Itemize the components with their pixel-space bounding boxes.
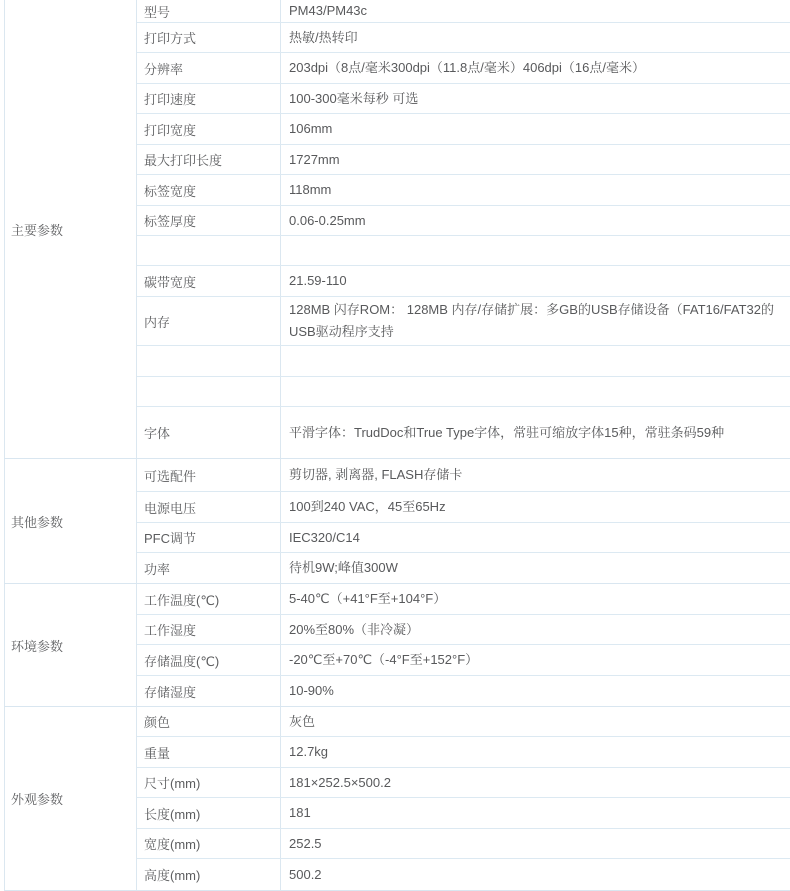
table-row: 存储湿度10-90%	[137, 676, 790, 706]
param-label-cell: 打印宽度	[137, 114, 280, 144]
param-value-cell: PM43/PM43c	[280, 0, 790, 22]
section-rows: 颜色灰色重量12.7kg尺寸(mm)181×252.5×500.2长度(mm)1…	[137, 707, 790, 890]
param-value-cell: 5-40℃（+41°F至+104°F）	[280, 584, 790, 614]
section-rows: 工作温度(℃)5-40℃（+41°F至+104°F）工作湿度20%至80%（非冷…	[137, 584, 790, 706]
spec-table: 主要参数型号PM43/PM43c打印方式热敏/热转印分辨率203dpi（8点/毫…	[4, 0, 790, 891]
category-cell: 外观参数	[4, 707, 137, 890]
table-row: 打印速度100-300毫米每秒 可选	[137, 84, 790, 114]
param-value-cell: -20℃至+70℃（-4°F至+152°F）	[280, 645, 790, 675]
table-row: 工作温度(℃)5-40℃（+41°F至+104°F）	[137, 584, 790, 615]
table-row: 标签厚度0.06-0.25mm	[137, 206, 790, 236]
param-value-cell: 待机9W;峰值300W	[280, 553, 790, 583]
param-label-cell: 型号	[137, 0, 280, 22]
param-label-cell: PFC调节	[137, 523, 280, 552]
param-label-cell: 重量	[137, 737, 280, 767]
param-value-cell	[280, 236, 790, 265]
param-value-cell	[280, 346, 790, 376]
param-value-cell: 12.7kg	[280, 737, 790, 767]
param-value-cell: 灰色	[280, 707, 790, 736]
category-cell: 其他参数	[4, 459, 137, 583]
param-label-cell: 标签宽度	[137, 175, 280, 205]
param-label-cell	[137, 236, 280, 265]
param-value-cell: 181	[280, 798, 790, 828]
param-label-cell: 宽度(mm)	[137, 829, 280, 858]
param-value-cell: 热敏/热转印	[280, 23, 790, 52]
category-cell: 主要参数	[4, 0, 137, 458]
param-value-cell: 100-300毫米每秒 可选	[280, 84, 790, 113]
table-row: 标签宽度118mm	[137, 175, 790, 206]
table-row: 可选配件剪切器, 剥离器, FLASH存储卡	[137, 459, 790, 492]
table-row: 内存128MB 闪存ROM： 128MB 内存/存储扩展：多GB的USB存储设备…	[137, 297, 790, 346]
param-value-cell: 203dpi（8点/毫米300dpi（11.8点/毫米）406dpi（16点/毫…	[280, 53, 790, 83]
param-value-cell: 1727mm	[280, 145, 790, 174]
table-row: 打印方式热敏/热转印	[137, 23, 790, 53]
table-row: 工作湿度20%至80%（非冷凝）	[137, 615, 790, 645]
table-row: 碳带宽度21.59-110	[137, 266, 790, 297]
param-label-cell: 尺寸(mm)	[137, 768, 280, 797]
table-row: 打印宽度106mm	[137, 114, 790, 145]
table-row: 长度(mm)181	[137, 798, 790, 829]
param-label-cell	[137, 346, 280, 376]
table-row: 高度(mm)500.2	[137, 859, 790, 890]
spec-section: 环境参数工作温度(℃)5-40℃（+41°F至+104°F）工作湿度20%至80…	[4, 584, 790, 707]
param-label-cell: 最大打印长度	[137, 145, 280, 174]
param-label-cell: 分辨率	[137, 53, 280, 83]
table-row-empty	[137, 236, 790, 266]
param-value-cell: 剪切器, 剥离器, FLASH存储卡	[280, 459, 790, 491]
table-row: 电源电压100到240 VAC，45至65Hz	[137, 492, 790, 523]
category-cell: 环境参数	[4, 584, 137, 706]
table-row: 宽度(mm)252.5	[137, 829, 790, 859]
param-value-cell: 平滑字体：TrudDoc和True Type字体，常驻可缩放字体15种，常驻条码…	[280, 407, 790, 458]
param-value-cell: 100到240 VAC，45至65Hz	[280, 492, 790, 522]
param-label-cell: 打印速度	[137, 84, 280, 113]
param-value-cell: 10-90%	[280, 676, 790, 706]
param-label-cell: 字体	[137, 407, 280, 458]
param-value-cell	[280, 377, 790, 406]
table-row: 分辨率203dpi（8点/毫米300dpi（11.8点/毫米）406dpi（16…	[137, 53, 790, 84]
table-row-empty	[137, 377, 790, 407]
spec-section: 外观参数颜色灰色重量12.7kg尺寸(mm)181×252.5×500.2长度(…	[4, 707, 790, 891]
table-row: 功率待机9W;峰值300W	[137, 553, 790, 583]
param-label-cell: 可选配件	[137, 459, 280, 491]
param-label-cell: 存储湿度	[137, 676, 280, 706]
param-label-cell: 打印方式	[137, 23, 280, 52]
param-value-cell: 128MB 闪存ROM： 128MB 内存/存储扩展：多GB的USB存储设备（F…	[280, 297, 790, 345]
param-label-cell: 内存	[137, 297, 280, 345]
table-row: 尺寸(mm)181×252.5×500.2	[137, 768, 790, 798]
param-label-cell: 电源电压	[137, 492, 280, 522]
spec-section: 其他参数可选配件剪切器, 剥离器, FLASH存储卡电源电压100到240 VA…	[4, 459, 790, 584]
section-rows: 型号PM43/PM43c打印方式热敏/热转印分辨率203dpi（8点/毫米300…	[137, 0, 790, 458]
table-row: 存储温度(℃)-20℃至+70℃（-4°F至+152°F）	[137, 645, 790, 676]
param-label-cell: 工作湿度	[137, 615, 280, 644]
table-row: 重量12.7kg	[137, 737, 790, 768]
param-label-cell: 高度(mm)	[137, 859, 280, 890]
param-value-cell: 20%至80%（非冷凝）	[280, 615, 790, 644]
table-row: 颜色灰色	[137, 707, 790, 737]
param-label-cell: 碳带宽度	[137, 266, 280, 296]
param-value-cell: 21.59-110	[280, 266, 790, 296]
param-value-cell: IEC320/C14	[280, 523, 790, 552]
param-value-cell: 0.06-0.25mm	[280, 206, 790, 235]
param-label-cell: 标签厚度	[137, 206, 280, 235]
param-value-cell: 252.5	[280, 829, 790, 858]
param-value-cell: 106mm	[280, 114, 790, 144]
param-value-cell: 500.2	[280, 859, 790, 890]
table-row: 最大打印长度1727mm	[137, 145, 790, 175]
table-row: 型号PM43/PM43c	[137, 0, 790, 23]
param-label-cell: 长度(mm)	[137, 798, 280, 828]
table-row-empty	[137, 346, 790, 377]
param-value-cell: 118mm	[280, 175, 790, 205]
section-rows: 可选配件剪切器, 剥离器, FLASH存储卡电源电压100到240 VAC，45…	[137, 459, 790, 583]
param-value-cell: 181×252.5×500.2	[280, 768, 790, 797]
param-label-cell	[137, 377, 280, 406]
table-row: 字体平滑字体：TrudDoc和True Type字体，常驻可缩放字体15种，常驻…	[137, 407, 790, 458]
param-label-cell: 功率	[137, 553, 280, 583]
param-label-cell: 工作温度(℃)	[137, 584, 280, 614]
spec-section: 主要参数型号PM43/PM43c打印方式热敏/热转印分辨率203dpi（8点/毫…	[4, 0, 790, 459]
param-label-cell: 颜色	[137, 707, 280, 736]
param-label-cell: 存储温度(℃)	[137, 645, 280, 675]
table-row: PFC调节IEC320/C14	[137, 523, 790, 553]
